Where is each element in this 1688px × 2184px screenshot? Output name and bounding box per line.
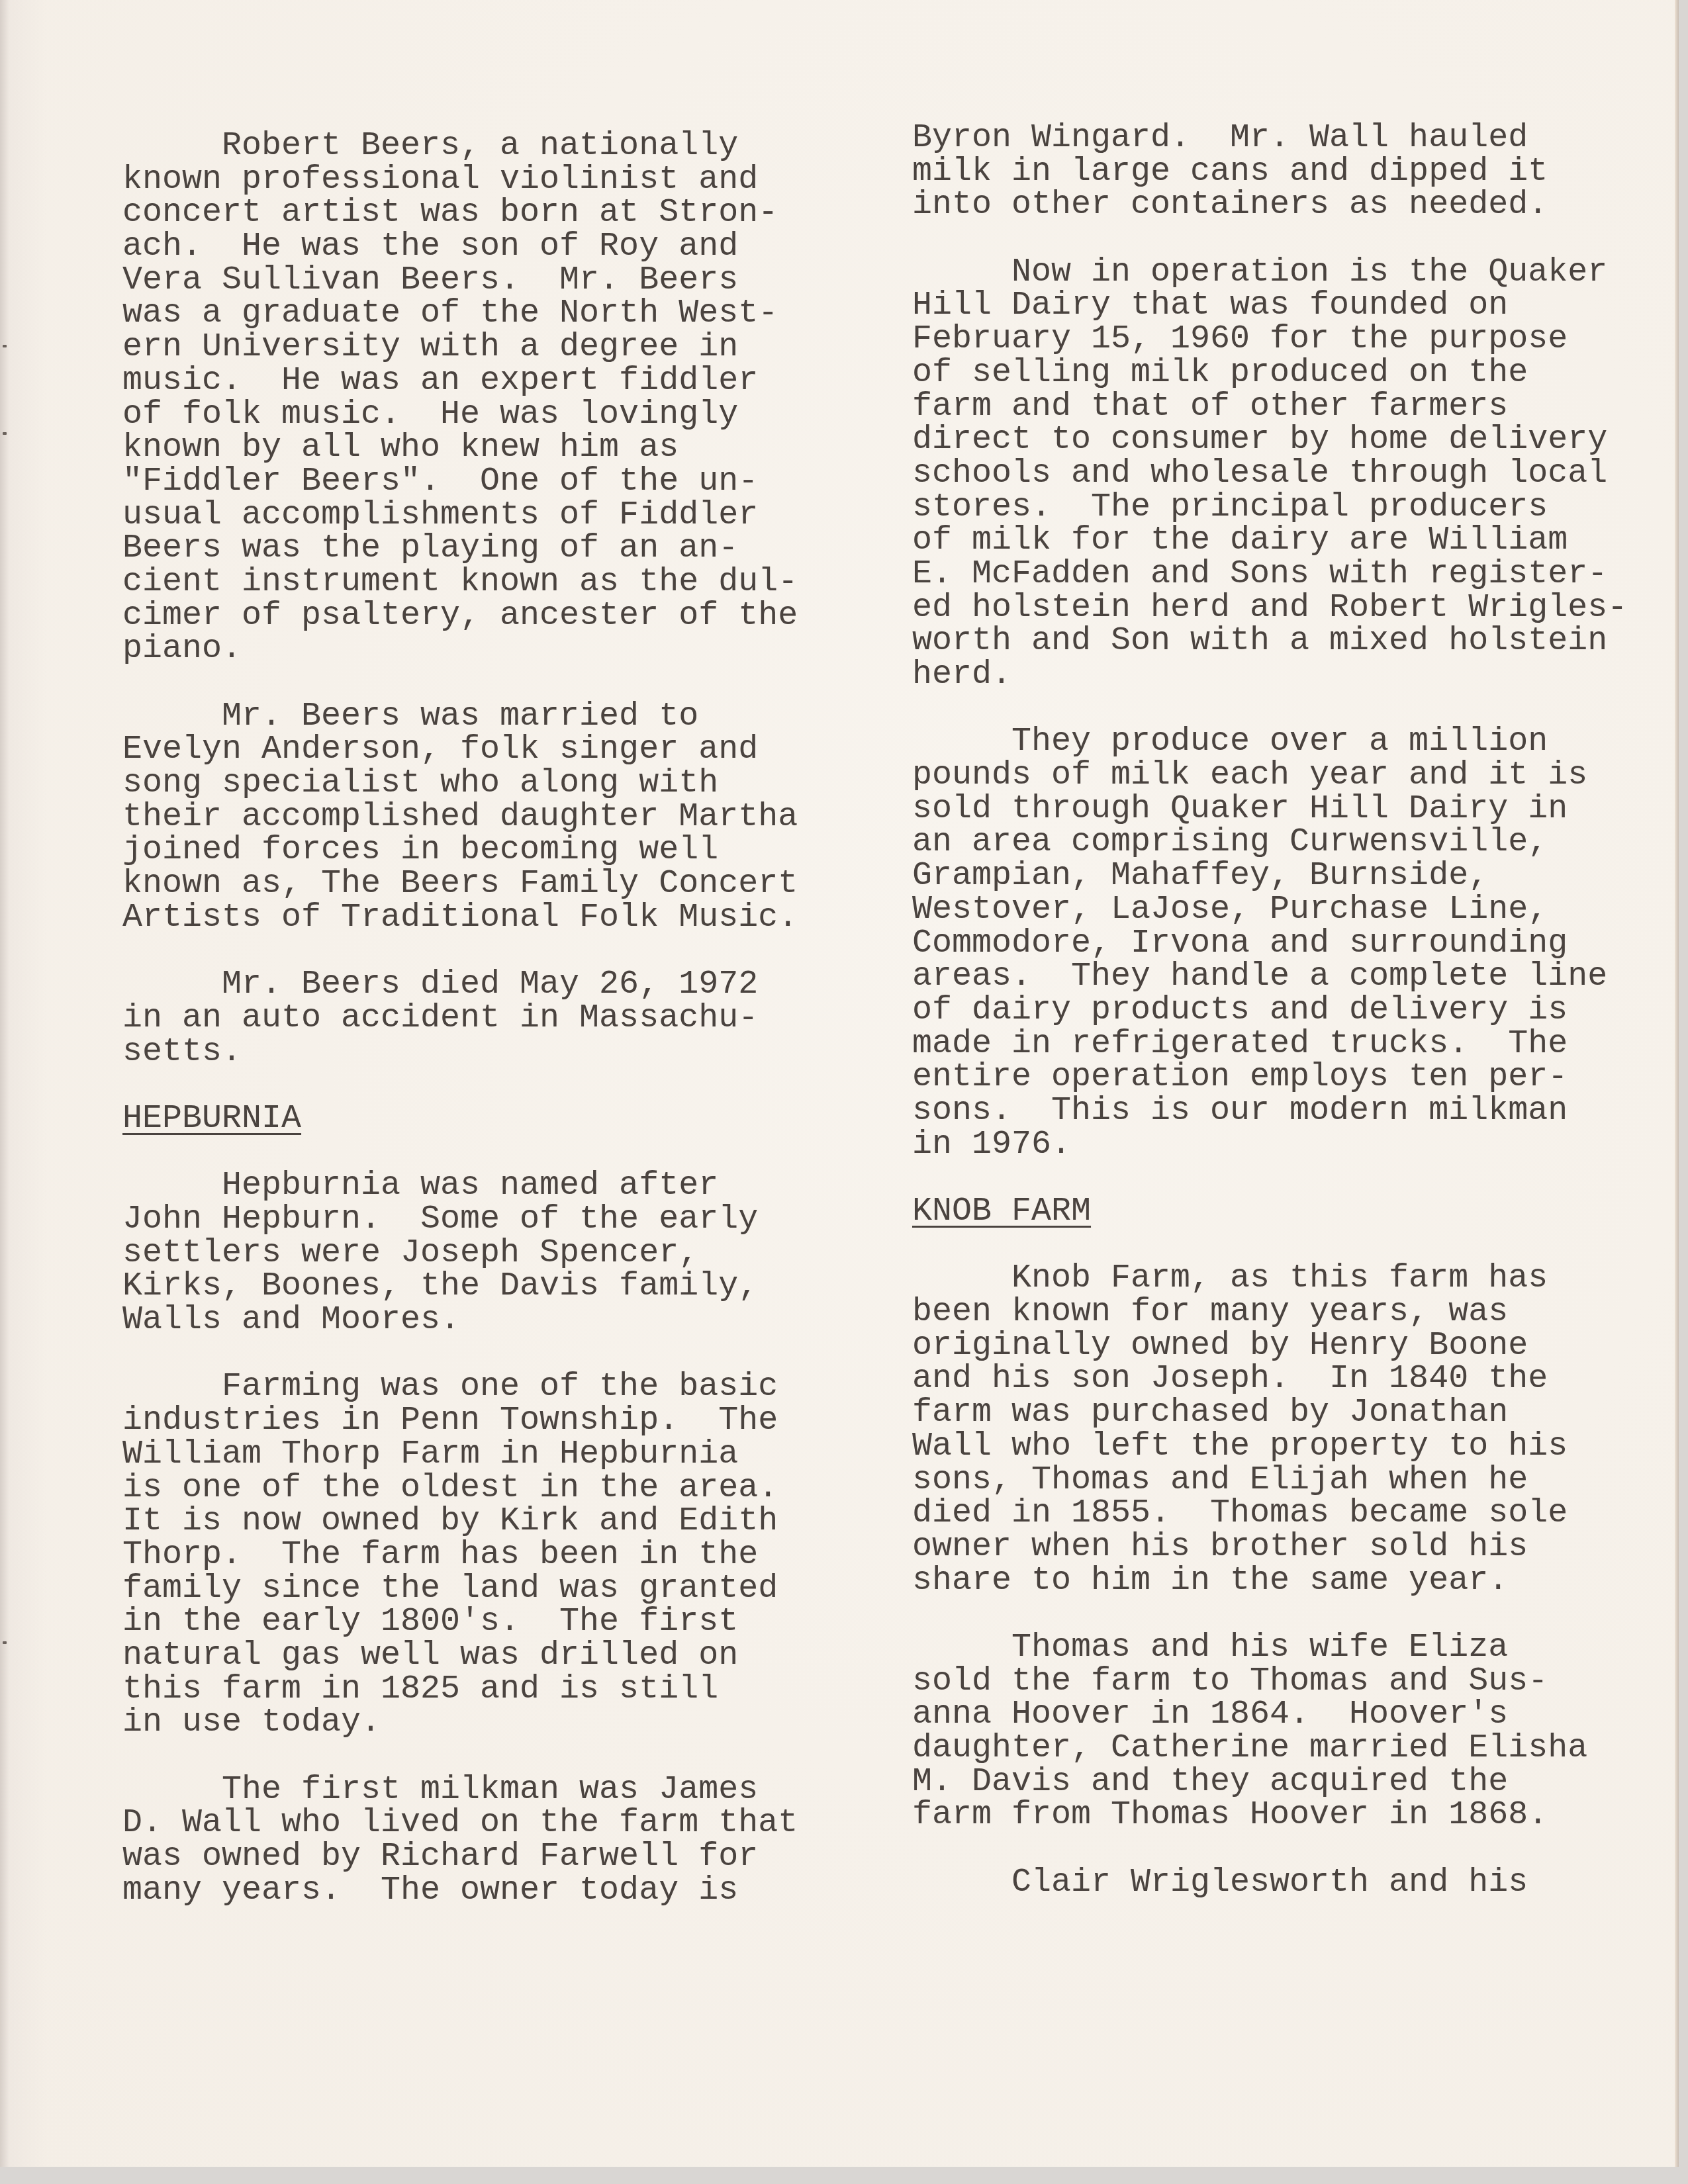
text-line: died in 1855. Thomas became sole — [912, 1497, 1627, 1531]
text-line: concert artist was born at Stron- — [122, 197, 798, 230]
binding-staple-mark — [3, 432, 7, 435]
text-line: The first milkman was James — [122, 1774, 798, 1807]
paragraph: Byron Wingard. Mr. Wall hauledmilk in la… — [912, 122, 1627, 222]
text-line: direct to consumer by home delivery — [912, 424, 1627, 457]
text-line: in an auto accident in Massachu- — [122, 1002, 798, 1036]
text-line: Walls and Moores. — [122, 1304, 798, 1338]
text-line: Wall who left the property to his — [912, 1430, 1627, 1464]
text-line: Westover, LaJose, Purchase Line, — [912, 893, 1627, 927]
document-page: Robert Beers, a nationallyknown professi… — [0, 0, 1679, 2167]
paragraph: Now in operation is the QuakerHill Dairy… — [912, 256, 1627, 692]
text-line: Mr. Beers died May 26, 1972 — [122, 968, 798, 1002]
text-line: William Thorp Farm in Hepburnia — [122, 1438, 798, 1472]
text-line: Beers was the playing of an an- — [122, 532, 798, 566]
text-line: of folk music. He was lovingly — [122, 398, 798, 432]
text-line: farm and that of other farmers — [912, 390, 1627, 424]
text-line: They produce over a million — [912, 725, 1627, 759]
page-edge — [1675, 0, 1679, 2167]
text-line: of dairy products and delivery is — [912, 994, 1627, 1028]
text-line: originally owned by Henry Boone — [912, 1330, 1627, 1363]
text-line: Robert Beers, a nationally — [122, 130, 798, 163]
text-line: cient instrument known as the dul- — [122, 566, 798, 600]
text-line: known as, The Beers Family Concert — [122, 868, 798, 901]
text-line: is one of the oldest in the area. — [122, 1472, 798, 1506]
text-line: Thomas and his wife Eliza — [912, 1631, 1627, 1665]
text-line: Knob Farm, as this farm has — [912, 1262, 1627, 1296]
text-line: natural gas well was drilled on — [122, 1639, 798, 1673]
paragraph: Hepburnia was named afterJohn Hepburn. S… — [122, 1169, 798, 1337]
binding-staple-mark — [3, 345, 7, 347]
text-line: Now in operation is the Quaker — [912, 256, 1627, 290]
text-line: in the early 1800's. The first — [122, 1606, 798, 1639]
binding-staple-mark — [3, 1641, 7, 1644]
text-line: in use today. — [122, 1706, 798, 1740]
text-line: Hill Dairy that was founded on — [912, 289, 1627, 323]
text-line: ed holstein herd and Robert Wrigles- — [912, 592, 1627, 625]
text-line: share to him in the same year. — [912, 1565, 1627, 1598]
paragraph: Thomas and his wife Elizasold the farm t… — [912, 1631, 1627, 1833]
text-line: ern University with a degree in — [122, 331, 798, 365]
paragraph: Mr. Beers died May 26, 1972in an auto ac… — [122, 968, 798, 1069]
paragraph: Knob Farm, as this farm hasbeen known fo… — [912, 1262, 1627, 1598]
text-line: Artists of Traditional Folk Music. — [122, 901, 798, 935]
text-line: Mr. Beers was married to — [122, 700, 798, 734]
text-line: John Hepburn. Some of the early — [122, 1203, 798, 1237]
text-line: pounds of milk each year and it is — [912, 759, 1627, 793]
paragraph: Farming was one of the basicindustries i… — [122, 1371, 798, 1740]
text-line: known professional violinist and — [122, 163, 798, 197]
text-line: song specialist who along with — [122, 767, 798, 801]
text-line: and his son Joseph. In 1840 the — [912, 1363, 1627, 1396]
text-line: D. Wall who lived on the farm that — [122, 1807, 798, 1841]
text-line: entire operation employs ten per- — [912, 1061, 1627, 1095]
text-line: farm was purchased by Jonathan — [912, 1396, 1627, 1430]
text-line: been known for many years, was — [912, 1296, 1627, 1330]
paragraph: Robert Beers, a nationallyknown professi… — [122, 130, 798, 666]
section-heading: KNOB FARM — [912, 1195, 1091, 1229]
text-line: daughter, Catherine married Elisha — [912, 1732, 1627, 1766]
section-heading: HEPBURNIA — [122, 1103, 301, 1136]
right-text-column: Byron Wingard. Mr. Wall hauledmilk in la… — [912, 122, 1627, 1933]
text-line: in 1976. — [912, 1128, 1627, 1162]
text-line: settlers were Joseph Spencer, — [122, 1237, 798, 1271]
text-line: Grampian, Mahaffey, Burnside, — [912, 860, 1627, 893]
text-line: ach. He was the son of Roy and — [122, 230, 798, 264]
text-line: worth and Son with a mixed holstein — [912, 625, 1627, 659]
text-line: sold through Quaker Hill Dairy in — [912, 793, 1627, 827]
text-line: known by all who knew him as — [122, 432, 798, 465]
left-text-column: Robert Beers, a nationallyknown professi… — [122, 130, 798, 1941]
text-line: of milk for the dairy are William — [912, 524, 1627, 558]
text-line: anna Hoover in 1864. Hoover's — [912, 1698, 1627, 1732]
text-line: Commodore, Irvona and surrounding — [912, 927, 1627, 961]
text-line: stores. The principal producers — [912, 491, 1627, 525]
text-line: Thorp. The farm has been in the — [122, 1539, 798, 1572]
text-line: family since the land was granted — [122, 1572, 798, 1606]
text-line: Byron Wingard. Mr. Wall hauled — [912, 122, 1627, 156]
text-line: setts. — [122, 1036, 798, 1069]
paragraph: Mr. Beers was married toEvelyn Anderson,… — [122, 700, 798, 935]
text-line: schools and wholesale through local — [912, 457, 1627, 491]
text-line: Clair Wriglesworth and his — [912, 1866, 1627, 1900]
text-line: Vera Sullivan Beers. Mr. Beers — [122, 264, 798, 298]
text-line: herd. — [912, 659, 1627, 692]
text-line: sold the farm to Thomas and Sus- — [912, 1665, 1627, 1699]
text-line: music. He was an expert fiddler — [122, 365, 798, 398]
text-line: was owned by Richard Farwell for — [122, 1841, 798, 1874]
text-line: Evelyn Anderson, folk singer and — [122, 733, 798, 767]
text-line: sons. This is our modern milkman — [912, 1095, 1627, 1128]
text-line: Farming was one of the basic — [122, 1371, 798, 1404]
text-line: areas. They handle a complete line — [912, 960, 1627, 994]
text-line: Hepburnia was named after — [122, 1169, 798, 1203]
text-line: E. McFadden and Sons with register- — [912, 558, 1627, 592]
text-line: into other containers as needed. — [912, 189, 1627, 222]
text-line: February 15, 1960 for the purpose — [912, 323, 1627, 357]
text-line: industries in Penn Township. The — [122, 1404, 798, 1438]
paragraph: They produce over a millionpounds of mil… — [912, 725, 1627, 1161]
text-line: piano. — [122, 633, 798, 666]
text-line: "Fiddler Beers". One of the un- — [122, 465, 798, 499]
text-line: usual accomplishments of Fiddler — [122, 499, 798, 533]
text-line: their accomplished daughter Martha — [122, 801, 798, 835]
text-line: sons, Thomas and Elijah when he — [912, 1464, 1627, 1498]
text-line: was a graduate of the North West- — [122, 297, 798, 331]
text-line: cimer of psaltery, ancester of the — [122, 600, 798, 633]
paragraph: Clair Wriglesworth and his — [912, 1866, 1627, 1900]
text-line: M. Davis and they acquired the — [912, 1766, 1627, 1799]
text-line: this farm in 1825 and is still — [122, 1673, 798, 1707]
paragraph: The first milkman was JamesD. Wall who l… — [122, 1774, 798, 1908]
text-line: joined forces in becoming well — [122, 834, 798, 868]
text-line: milk in large cans and dipped it — [912, 156, 1627, 189]
text-line: owner when his brother sold his — [912, 1531, 1627, 1565]
text-line: made in refrigerated trucks. The — [912, 1028, 1627, 1062]
text-line: an area comprising Curwensville, — [912, 826, 1627, 860]
text-line: farm from Thomas Hoover in 1868. — [912, 1799, 1627, 1833]
text-line: of selling milk produced on the — [912, 357, 1627, 390]
text-line: Kirks, Boones, the Davis family, — [122, 1270, 798, 1304]
text-line: many years. The owner today is — [122, 1874, 798, 1908]
text-line: It is now owned by Kirk and Edith — [122, 1505, 798, 1539]
